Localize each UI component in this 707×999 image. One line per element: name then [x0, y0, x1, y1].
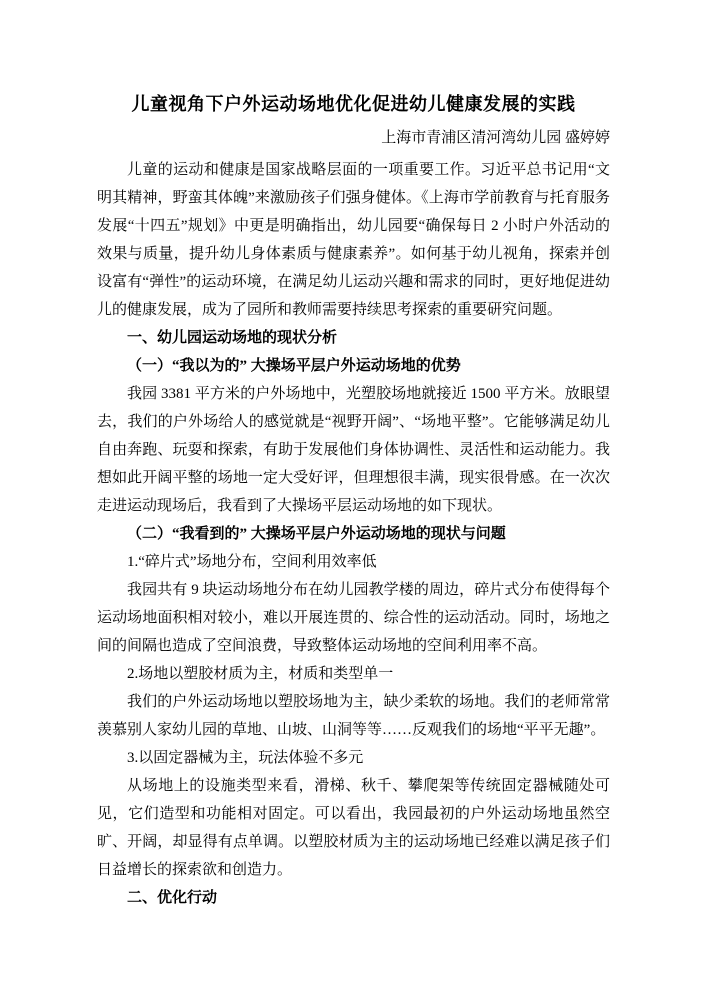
subsection-heading: （一）“我以为的” 大操场平层户外运动场地的优势 [97, 352, 610, 380]
author-line: 上海市青浦区清河湾幼儿园 盛婷婷 [97, 124, 610, 152]
body-paragraph: 我园 3381 平方米的户外场地中，光塑胶场地就接近 1500 平方米。放眼望去… [97, 380, 610, 520]
document-page: 儿童视角下户外运动场地优化促进幼儿健康发展的实践 上海市青浦区清河湾幼儿园 盛婷… [0, 0, 707, 999]
body-paragraph: 我们的户外运动场地以塑胶场地为主，缺少柔软的场地。我们的老师常常羡慕别人家幼儿园… [97, 688, 610, 744]
body-paragraph: 从场地上的设施类型来看，滑梯、秋千、攀爬架等传统固定器械随处可见，它们造型和功能… [97, 772, 610, 884]
numbered-point-heading: 1.“碎片式”场地分布，空间利用效率低 [97, 548, 610, 576]
numbered-point-heading: 2.场地以塑胶材质为主，材质和类型单一 [97, 660, 610, 688]
subsection-heading: （二）“我看到的” 大操场平层户外运动场地的现状与问题 [97, 520, 610, 548]
document-body: 儿童的运动和健康是国家战略层面的一项重要工作。习近平总书记用“文明其精神，野蛮其… [97, 156, 610, 912]
numbered-point-heading: 3.以固定器械为主，玩法体验不多元 [97, 744, 610, 772]
body-paragraph: 我园共有 9 块运动场地分布在幼儿园教学楼的周边，碎片式分布使得每个运动场地面积… [97, 576, 610, 660]
section-heading: 一、幼儿园运动场地的现状分析 [97, 324, 610, 352]
section-heading: 二、优化行动 [97, 884, 610, 912]
body-paragraph: 儿童的运动和健康是国家战略层面的一项重要工作。习近平总书记用“文明其精神，野蛮其… [97, 156, 610, 324]
document-title: 儿童视角下户外运动场地优化促进幼儿健康发展的实践 [97, 89, 610, 119]
